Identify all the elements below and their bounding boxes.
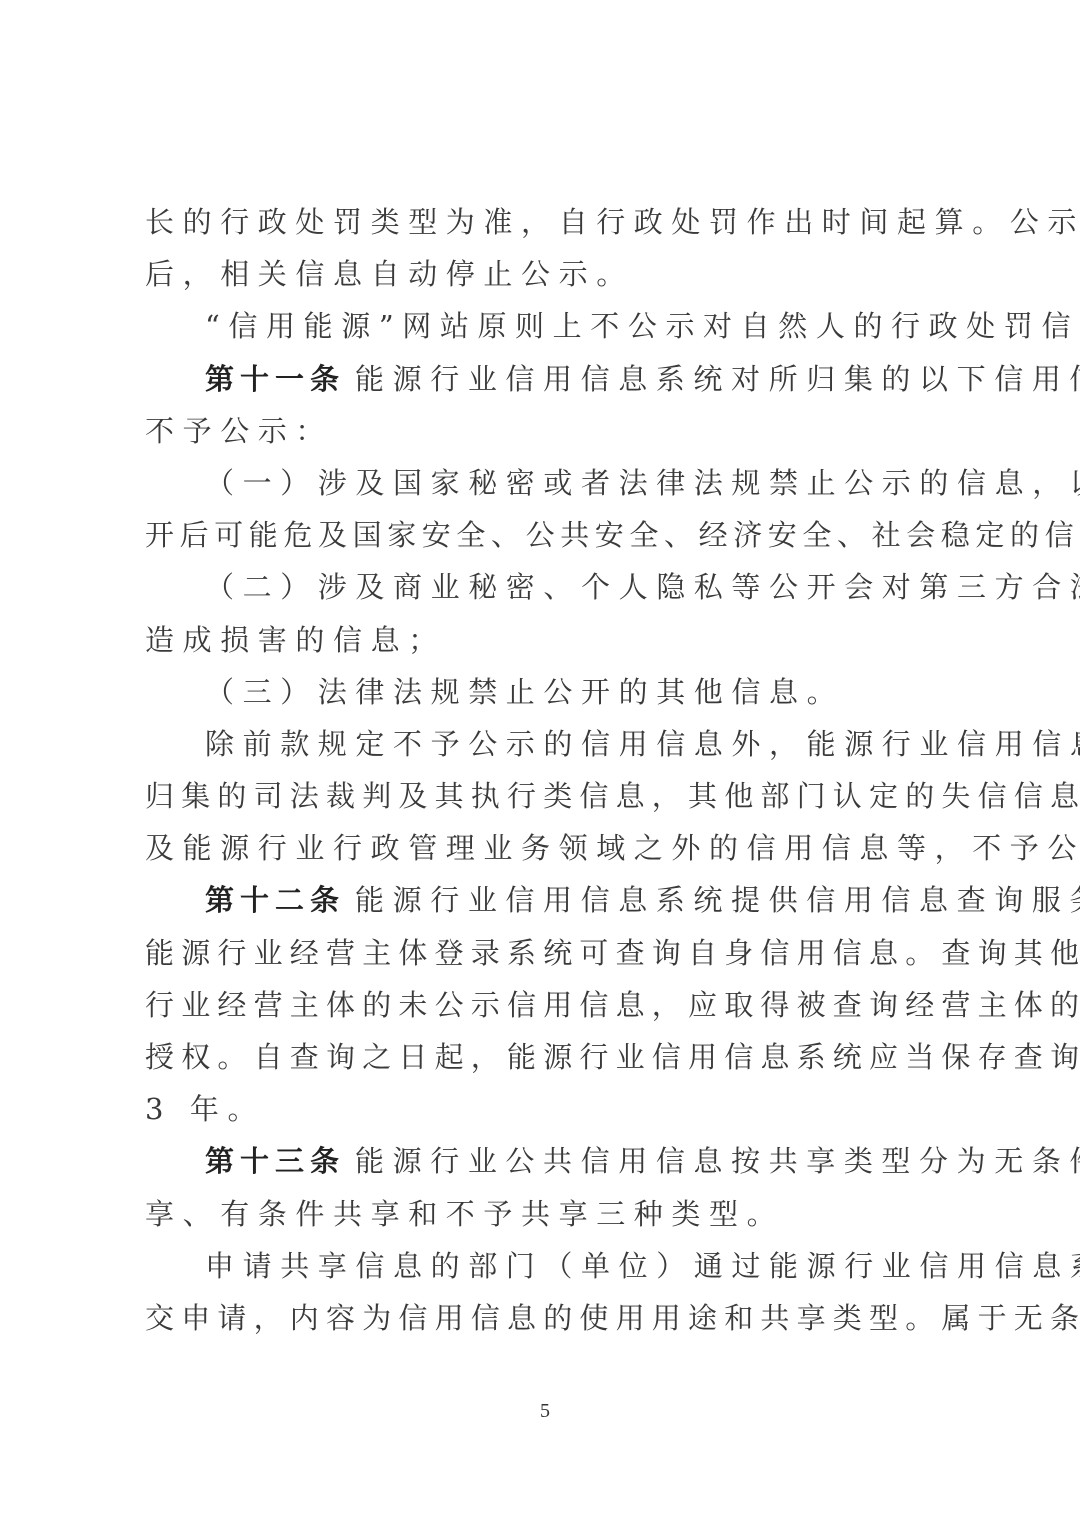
article-text: 能源行业信用信息系统提供信用信息查询服务。 bbox=[355, 883, 1080, 917]
list-item-line: （二）涉及商业秘密、个人隐私等公开会对第三方合法权益 bbox=[145, 561, 950, 613]
article-11-heading-line: 第十一条能源行业信用信息系统对所归集的以下信用信息 bbox=[145, 353, 950, 405]
page-number: 5 bbox=[0, 1400, 1080, 1423]
article-12-heading-line: 第十二条能源行业信用信息系统提供信用信息查询服务。 bbox=[145, 874, 950, 926]
text-line: 3 年。 bbox=[145, 1083, 950, 1135]
text-line: 行业经营主体的未公示信用信息，应取得被查询经营主体的书面 bbox=[145, 979, 950, 1031]
article-text: 能源行业公共信用信息按共享类型分为无条件共 bbox=[355, 1144, 1080, 1178]
text-line: 造成损害的信息； bbox=[145, 614, 950, 666]
text-line: 享、有条件共享和不予共享三种类型。 bbox=[145, 1188, 950, 1240]
text-line: 后，相关信息自动停止公示。 bbox=[145, 248, 950, 300]
text-line: 申请共享信息的部门（单位）通过能源行业信用信息系统提 bbox=[145, 1240, 950, 1292]
article-13-heading-line: 第十三条能源行业公共信用信息按共享类型分为无条件共 bbox=[145, 1135, 950, 1187]
article-number: 第十一条 bbox=[205, 362, 345, 396]
article-text: 能源行业信用信息系统对所归集的以下信用信息 bbox=[355, 362, 1080, 396]
article-number: 第十二条 bbox=[205, 883, 345, 917]
text-line: 及能源行业行政管理业务领域之外的信用信息等，不予公示。 bbox=[145, 822, 950, 874]
document-body: 长的行政处罚类型为准，自行政处罚作出时间起算。公示期届满 后，相关信息自动停止公… bbox=[145, 196, 950, 1344]
list-item-line: （三）法律法规禁止公开的其他信息。 bbox=[145, 666, 950, 718]
text-line: 归集的司法裁判及其执行类信息，其他部门认定的失信信息，以 bbox=[145, 770, 950, 822]
text-line: 能源行业经营主体登录系统可查询自身信用信息。查询其他能源 bbox=[145, 927, 950, 979]
text-line: 除前款规定不予公示的信用信息外，能源行业信用信息系统 bbox=[145, 718, 950, 770]
article-number: 第十三条 bbox=[205, 1144, 345, 1178]
text-line: 授权。自查询之日起，能源行业信用信息系统应当保存查询记录 bbox=[145, 1031, 950, 1083]
text-line: 交申请，内容为信用信息的使用用途和共享类型。属于无条件共 bbox=[145, 1292, 950, 1344]
text-line: “信用能源”网站原则上不公示对自然人的行政处罚信息。 bbox=[145, 300, 950, 352]
text-line: 长的行政处罚类型为准，自行政处罚作出时间起算。公示期届满 bbox=[145, 196, 950, 248]
text-line: 不予公示： bbox=[145, 405, 950, 457]
text-line: 开后可能危及国家安全、公共安全、经济安全、社会稳定的信息； bbox=[145, 509, 950, 561]
list-item-line: （一）涉及国家秘密或者法律法规禁止公示的信息，以及公 bbox=[145, 457, 950, 509]
